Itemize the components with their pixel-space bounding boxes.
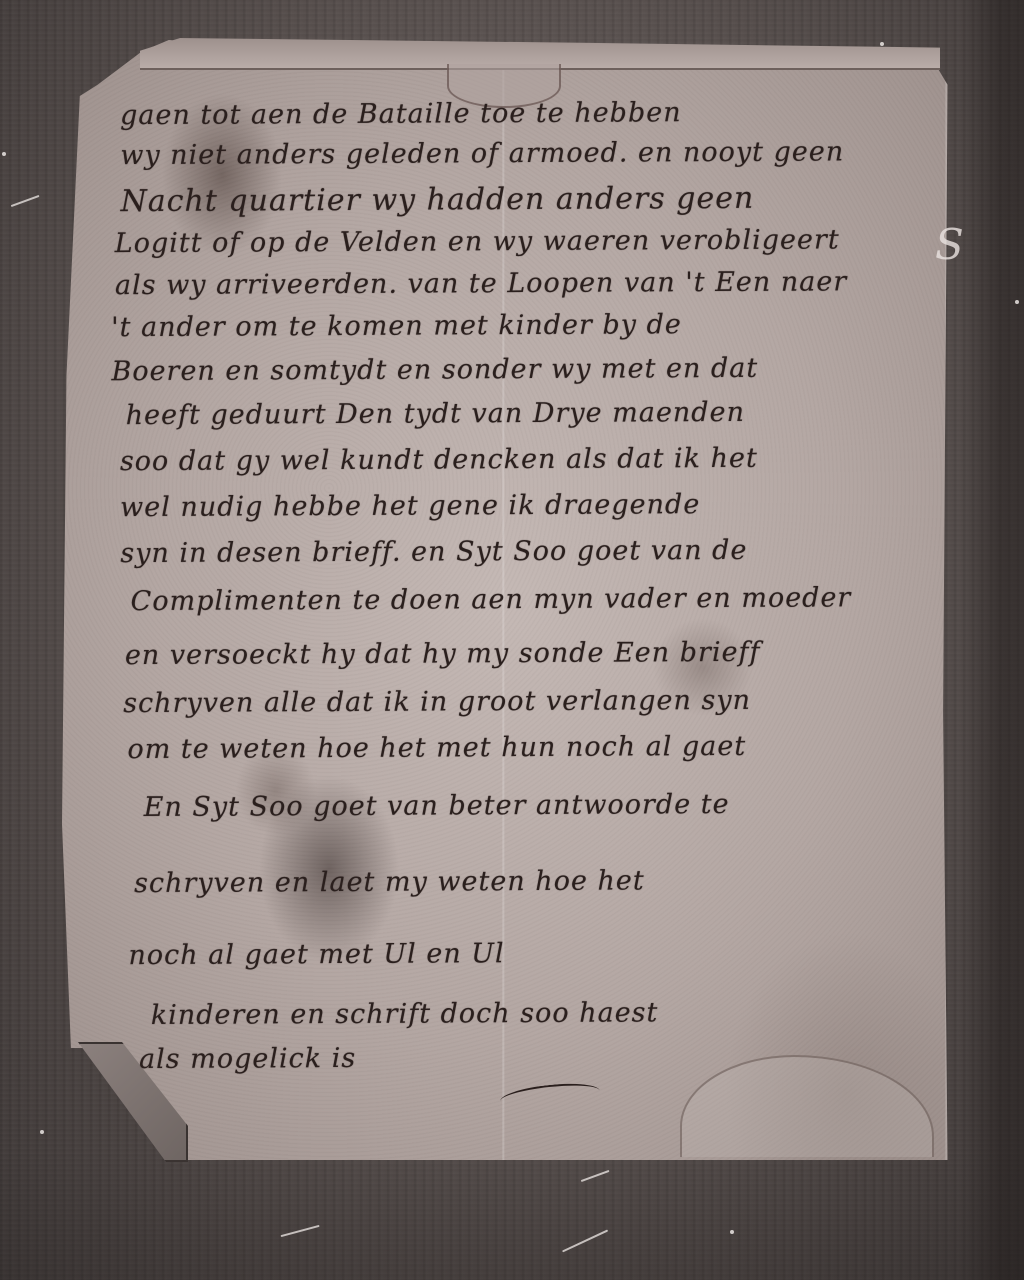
letter-line-2: wy niet anders geleden of armoed. en noo… — [120, 136, 844, 171]
photo-scene: gaen tot aen de Bataille toe te hebben w… — [0, 0, 1024, 1280]
dust-speck — [40, 1130, 44, 1134]
letter-line-1: gaen tot aen de Bataille toe te hebben — [120, 97, 682, 131]
letter-line-17: schryven en laet my weten hoe het — [134, 865, 645, 899]
letter-line-7: Boeren en somtydt en sonder wy met en da… — [111, 353, 758, 387]
letter-line-20: als mogelick is — [139, 1043, 356, 1075]
dust-speck — [880, 42, 884, 46]
dust-speck — [2, 152, 6, 156]
letter-line-11: syn in desen brieff. en Syt Soo goet van… — [120, 535, 747, 569]
dust-speck — [1015, 300, 1019, 304]
letter-line-4: Logitt of op de Velden en wy waeren vero… — [115, 224, 840, 259]
letter-line-13: en versoeckt hy dat hy my sonde Een brie… — [125, 637, 761, 671]
dust-speck — [730, 1230, 734, 1234]
letter-line-19: kinderen en schrift doch soo haest — [151, 997, 659, 1031]
letter-line-14: schryven alle dat ik in groot verlangen … — [123, 685, 751, 719]
letter-line-5: als wy arriveerden. van te Loopen van 't… — [115, 266, 847, 301]
letter-line-3: Nacht quartier wy hadden anders geen — [120, 181, 754, 219]
letter-line-15: om te weten hoe het met hun noch al gaet — [127, 731, 746, 765]
letter-line-8: heeft geduurt Den tydt van Drye maenden — [126, 397, 745, 431]
letter-line-6: 't ander om te komen met kinder by de — [111, 309, 682, 343]
letter-line-16: En Syt Soo goet van beter antwoorde te — [144, 789, 730, 823]
letter-line-9: soo dat gy wel kundt dencken als dat ik … — [120, 443, 758, 477]
letter-line-10: wel nudig hebbe het gene ik draegende — [120, 489, 700, 523]
scratch-mark-s: S — [935, 220, 964, 269]
letter-line-18: noch al gaet met Ul en Ul — [128, 938, 504, 971]
letter-line-12: Complimenten te doen aen myn vader en mo… — [131, 582, 852, 617]
